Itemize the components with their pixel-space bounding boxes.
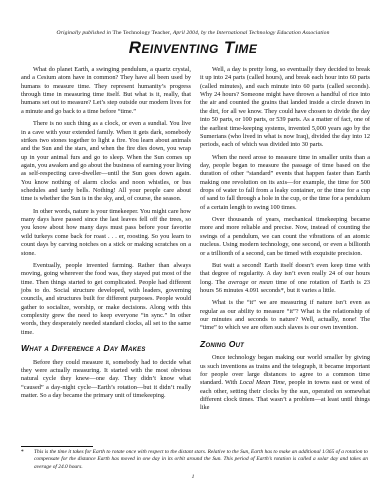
paragraph: Before they could measure it, somebody h… bbox=[21, 359, 191, 401]
article-title: Reinventing Time bbox=[0, 38, 386, 58]
footnote-text: This is the time it takes for Earth to r… bbox=[34, 449, 368, 471]
footnote-separator bbox=[21, 446, 93, 447]
paragraph: In other words, nature is your timekeepe… bbox=[21, 208, 191, 258]
page-number: 1 bbox=[0, 474, 386, 480]
article-body: What do planet Earth, a swinging pendulu… bbox=[21, 66, 370, 417]
paragraph: Eventually, people invented farming. Rat… bbox=[21, 262, 191, 337]
paragraph: What is the “it” we are measuring if nat… bbox=[200, 299, 370, 332]
paragraph: Over thousands of years, mechanical time… bbox=[200, 216, 370, 258]
paragraph: But wait a second! Earth itself doesn’t … bbox=[200, 262, 370, 295]
left-column: What do planet Earth, a swinging pendulu… bbox=[21, 66, 191, 417]
paragraph: Once technology began making our world s… bbox=[200, 354, 370, 413]
document-page: Originally published in The Technology T… bbox=[0, 0, 386, 500]
paragraph: There is no such thing as a clock, or ev… bbox=[21, 120, 191, 204]
paragraph: When the need arose to measure time in s… bbox=[200, 154, 370, 213]
paragraph: Well, a day is pretty long, so eventuall… bbox=[200, 66, 370, 150]
footnote-marker: * bbox=[21, 449, 34, 471]
attribution-line: Originally published in The Technology T… bbox=[0, 30, 386, 36]
right-column: Well, a day is pretty long, so eventuall… bbox=[200, 66, 370, 417]
section-heading-zoning-out: Zoning Out bbox=[200, 339, 370, 350]
footnote: * This is the time it takes for Earth to… bbox=[21, 446, 368, 471]
paragraph: What do planet Earth, a swinging pendulu… bbox=[21, 66, 191, 116]
section-heading-what-a-difference: What a Difference a Day Makes bbox=[21, 343, 191, 354]
